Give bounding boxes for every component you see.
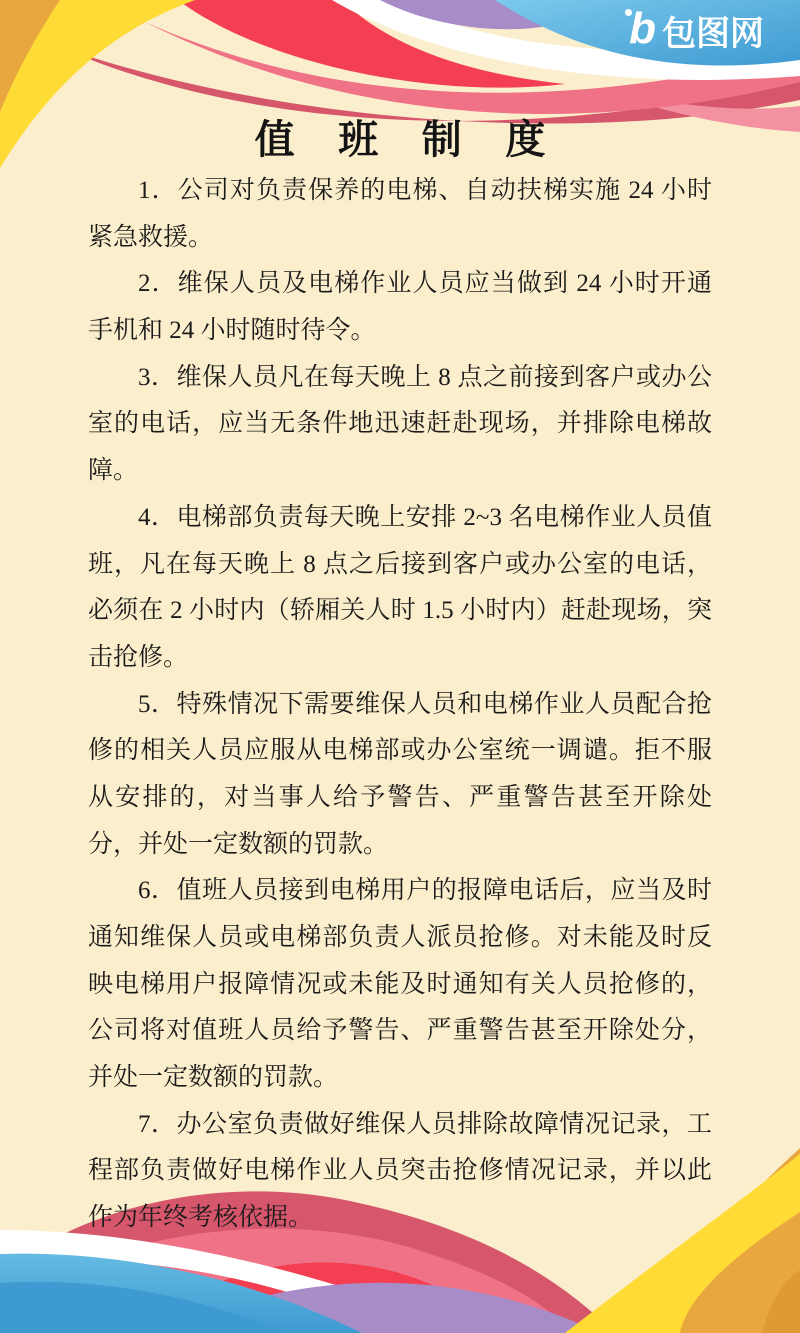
baotu-b-icon: b bbox=[629, 7, 656, 51]
duty-system-poster: b 包图网 值 班 制 度 1．公司对负责保养的电梯、自动扶梯实施 24 小时紧… bbox=[0, 0, 800, 1333]
regulation-text: 1．公司对负责保养的电梯、自动扶梯实施 24 小时紧急救援。 2．维保人员及电梯… bbox=[88, 168, 712, 1242]
rule-paragraph-4: 4．电梯部负责每天晚上安排 2~3 名电梯作业人员值班，凡在每天晚上 8 点之后… bbox=[88, 495, 712, 682]
baotu-watermark: b 包图网 bbox=[629, 6, 764, 55]
rule-paragraph-5: 5．特殊情况下需要维保人员和电梯作业人员配合抢修的相关人员应服从电梯部或办公室统… bbox=[88, 682, 712, 869]
page-title: 值 班 制 度 bbox=[0, 108, 800, 165]
red-arc bbox=[200, 1263, 505, 1333]
pink-arc bbox=[42, 1229, 572, 1333]
rule-paragraph-3: 3．维保人员凡在每天晚上 8 点之前接到客户或办公室的电话，应当无条件地迅速赶赴… bbox=[88, 355, 712, 495]
purple-arc bbox=[160, 1283, 600, 1333]
baotu-watermark-label: 包图网 bbox=[662, 6, 764, 55]
blue-wave-deep bbox=[0, 1282, 285, 1333]
white-stripe-bottom bbox=[0, 1230, 472, 1333]
purple-band bbox=[380, 0, 610, 29]
rule-paragraph-6: 6．值班人员接到电梯用户的报障电话后，应当及时通知维保人员或电梯部负责人派员抢修… bbox=[88, 868, 712, 1101]
rule-paragraph-7: 7．办公室负责做好维保人员排除故障情况记录，工程部负责做好电梯作业人员突击抢修情… bbox=[88, 1102, 712, 1242]
rule-paragraph-1: 1．公司对负责保养的电梯、自动扶梯实施 24 小时紧急救援。 bbox=[88, 168, 712, 261]
dark-orange-corner bbox=[762, 1270, 800, 1333]
blue-wave-light bbox=[0, 1254, 362, 1333]
rule-paragraph-2: 2．维保人员及电梯作业人员应当做到 24 小时开通手机和 24 小时随时待令。 bbox=[88, 261, 712, 354]
red-wave bbox=[178, 0, 565, 88]
